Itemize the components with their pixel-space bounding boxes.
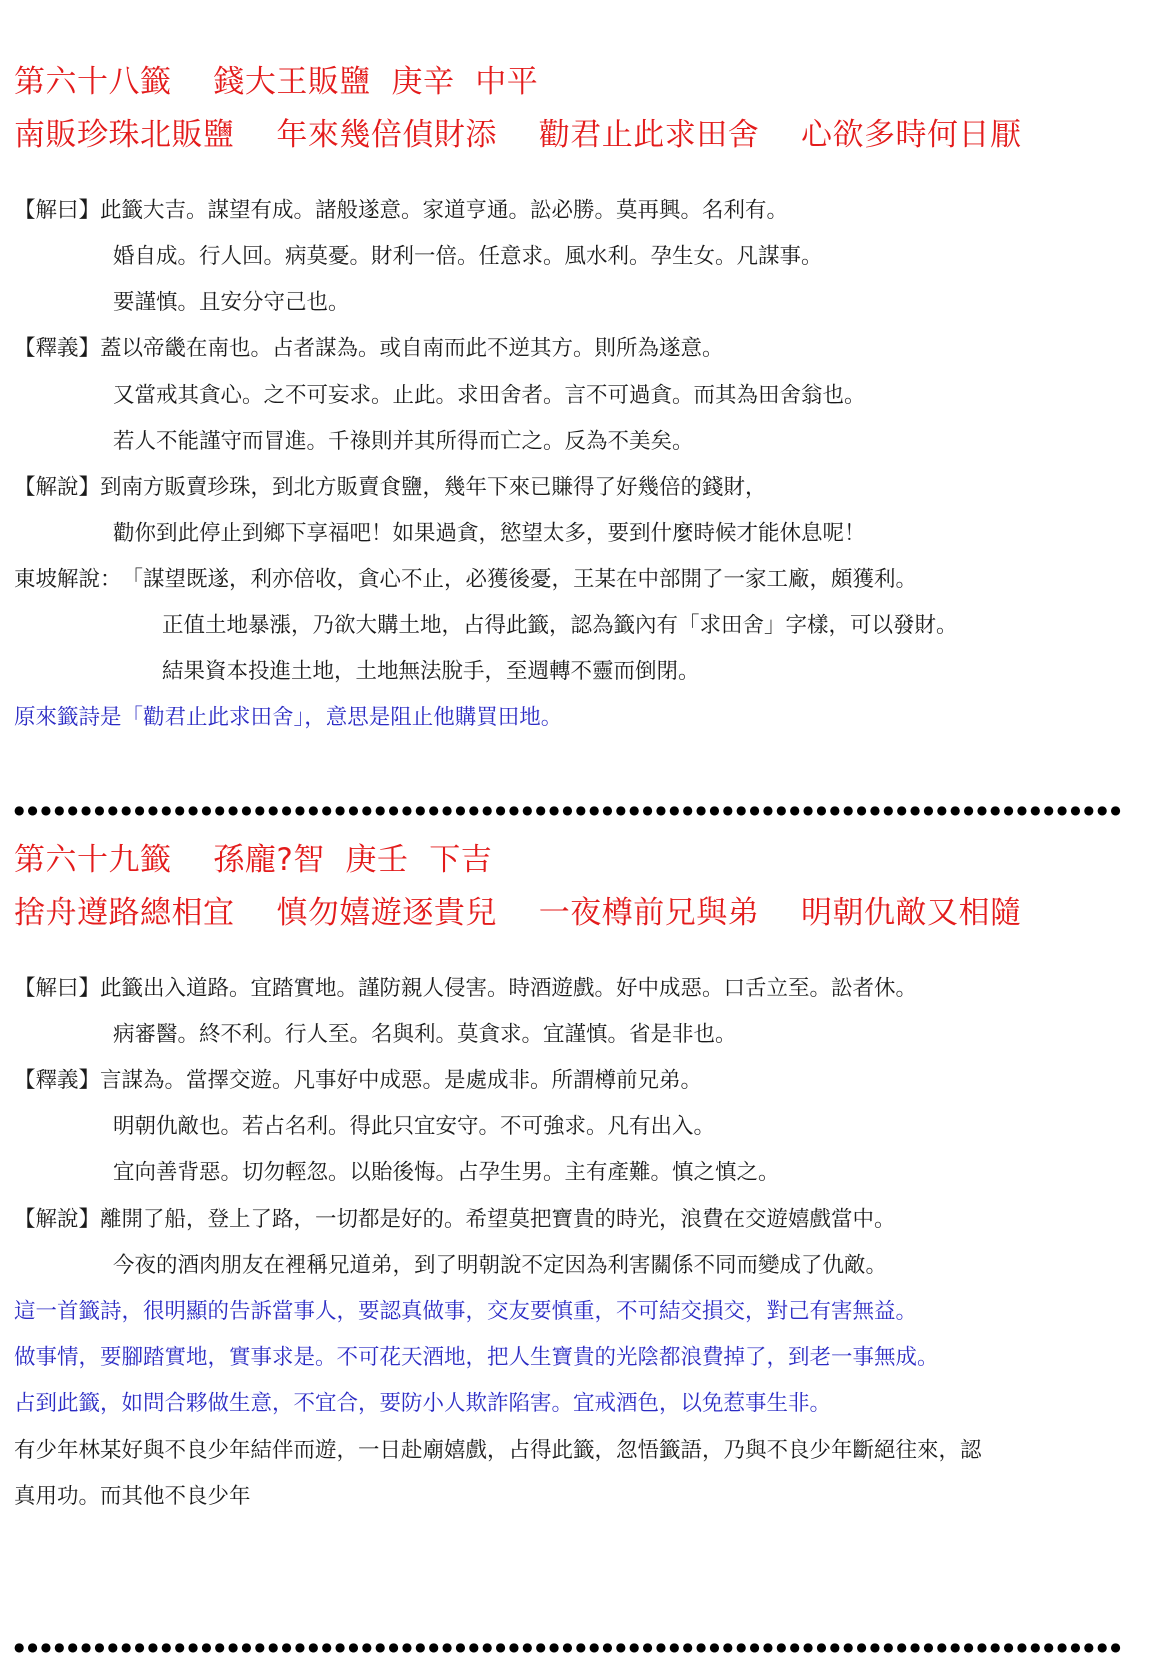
dongpo-line: 正值土地暴漲，乃欲大購土地，占得此籤，認為籤內有「求田舍」字樣，可以發財。 [162, 611, 958, 641]
jieshuo-label: 【解說】 [14, 1205, 100, 1235]
shiyi-line: 【釋義】蓋以帝畿在南也。占者謀為。或自南而此不逆其方。則所為遂意。 [14, 334, 724, 364]
jieshuo-label: 【解說】 [14, 473, 100, 503]
dotted-divider: ●●●●●●●●●●●●●●●●●●●●●●●●●●●●●●●●●●●●●●●●… [14, 1637, 1124, 1657]
blue-note: 原來籤詩是「勸君止此求田舍」，意思是阻止他購買田地。 [14, 703, 562, 733]
jieyue-line: 病審醫。終不利。行人至。名與利。莫貪求。宜謹慎。省是非也。 [113, 1020, 737, 1050]
jieshuo-line: 今夜的酒肉朋友在裡稱兄道弟，到了明朝說不定因為利害關係不同而變成了仇敵。 [113, 1251, 887, 1281]
blue-note: 占到此籤，如問合夥做生意，不宜合，要防小人欺詐陷害。宜戒酒色，以免惹事生非。 [14, 1389, 831, 1419]
jieyue-label: 【解曰】 [14, 196, 100, 226]
jieyue-label: 【解曰】 [14, 974, 100, 1004]
jieshuo-line: 【解說】到南方販賣珍珠，到北方販賣食鹽，幾年下來已賺得了好幾倍的錢財， [14, 473, 767, 503]
jieyue-line: 要謹慎。且安分守己也。 [113, 288, 350, 318]
fortune-poem: 南販珍珠北販鹽 年來幾倍偵財添 勸君止此求田舍 心欲多時何日厭 [14, 115, 1022, 155]
shiyi-label: 【釋義】 [14, 1066, 100, 1096]
shiyi-label: 【釋義】 [14, 334, 100, 364]
story-line: 有少年林某好與不良少年結伴而遊，一日赴廟嬉戲，占得此籤，忽悟籤語，乃與不良少年斷… [14, 1436, 982, 1466]
jieshuo-line: 【解說】離開了船，登上了路，一切都是好的。希望莫把寶貴的時光，浪費在交遊嬉戲當中… [14, 1205, 896, 1235]
jieyue-line: 【解曰】此籤出入道路。宜踏實地。謹防親人侵害。時酒遊戲。好中成惡。口舌立至。訟者… [14, 974, 917, 1004]
dongpo-line: 東坡解說：「謀望既遂，利亦倍收，貪心不止，必獲後憂，王某在中部開了一家工廠，頗獲… [14, 565, 917, 595]
fortune-poem: 捨舟遵路總相宜 慎勿嬉遊逐貴兒 一夜樽前兄與弟 明朝仇敵又相隨 [14, 893, 1022, 933]
shiyi-line: 又當戒其貪心。之不可妄求。止此。求田舍者。言不可過貪。而其為田舍翁也。 [113, 381, 866, 411]
jieyue-line: 【解曰】此籤大吉。謀望有成。諸般遂意。家道亨通。訟必勝。莫再興。名利有。 [14, 196, 788, 226]
shiyi-line: 【釋義】言謀為。當擇交遊。凡事好中成惡。是處成非。所謂樽前兄弟。 [14, 1066, 702, 1096]
fortune-header: 第六十八籤 錢大王販鹽 庚辛 中平 [14, 62, 538, 102]
fortune-header: 第六十九籤 孫龐?智 庚壬 下吉 [14, 840, 492, 880]
dongpo-label: 東坡解說： [14, 565, 122, 595]
jieyue-line: 婚自成。行人回。病莫憂。財利一倍。任意求。風水利。孕生女。凡謀事。 [113, 242, 823, 272]
blue-note: 做事情，要腳踏實地，實事求是。不可花天酒地，把人生寶貴的光陰都浪費掉了，到老一事… [14, 1343, 939, 1373]
shiyi-line: 明朝仇敵也。若占名利。得此只宜安守。不可強求。凡有出入。 [113, 1112, 715, 1142]
shiyi-line: 宜向善背惡。切勿輕忽。以貽後悔。占孕生男。主有產難。慎之慎之。 [113, 1158, 780, 1188]
jieshuo-line: 勸你到此停止到鄉下享福吧！如果過貪，慾望太多，要到什麼時候才能休息呢！ [113, 519, 866, 549]
story-line: 真用功。而其他不良少年 [14, 1482, 251, 1512]
dongpo-line: 結果資本投進土地，土地無法脫手，至週轉不靈而倒閉。 [162, 657, 700, 687]
dotted-divider: ●●●●●●●●●●●●●●●●●●●●●●●●●●●●●●●●●●●●●●●●… [14, 800, 1124, 820]
blue-note: 這一首籤詩，很明顯的告訴當事人，要認真做事，交友要慎重，不可結交損交，對己有害無… [14, 1297, 917, 1327]
shiyi-line: 若人不能謹守而冒進。千祿則并其所得而亡之。反為不美矣。 [113, 427, 694, 457]
